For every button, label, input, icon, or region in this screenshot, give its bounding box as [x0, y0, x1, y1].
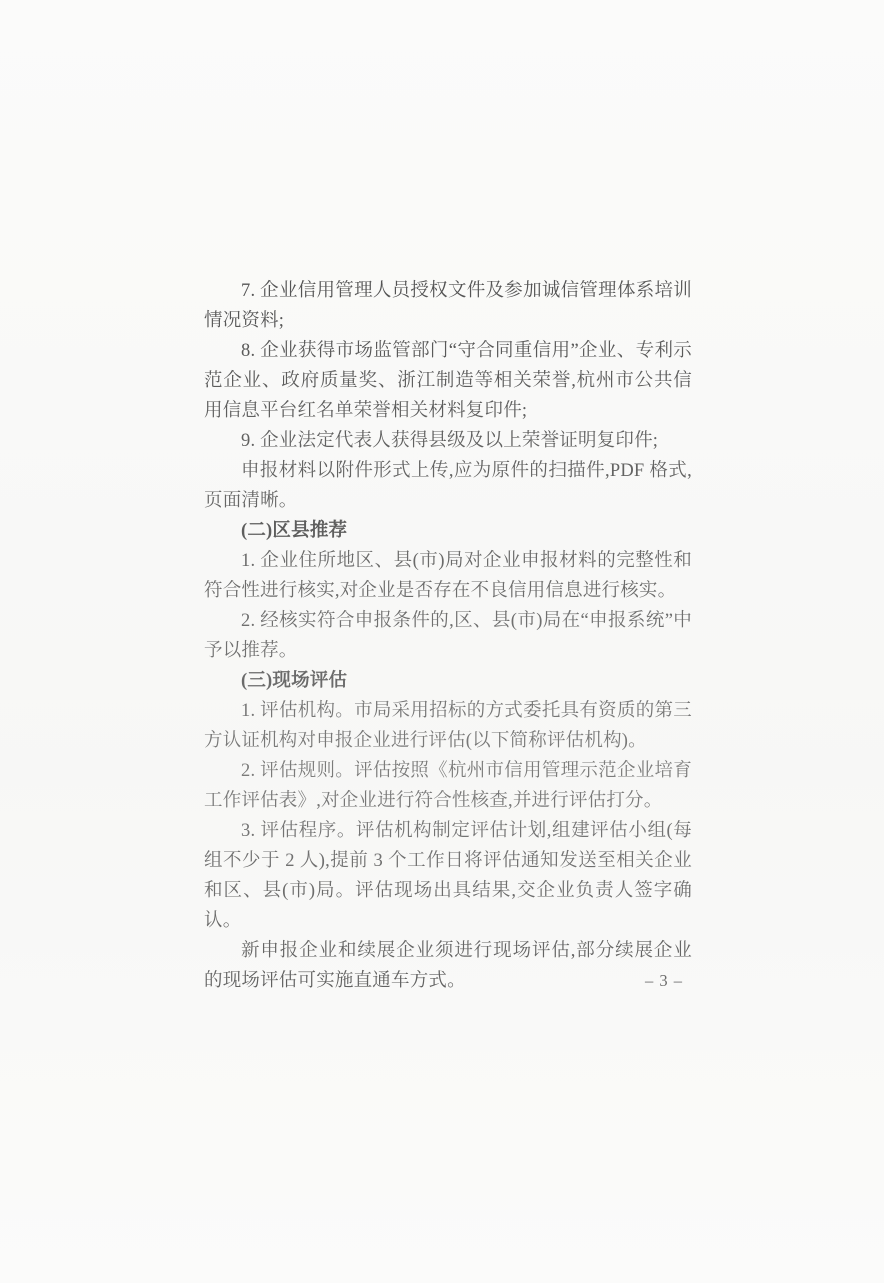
document-page: 7. 企业信用管理人员授权文件及参加诚信管理体系培训情况资料; 8. 企业获得市…: [0, 0, 884, 1283]
paragraph-item-8: 8. 企业获得市场监管部门“守合同重信用”企业、专利示范企业、政府质量奖、浙江制…: [204, 336, 692, 426]
section-heading-onsite-assessment: (三)现场评估: [204, 666, 692, 696]
paragraph-assessment-rule: 2. 评估规则。评估按照《杭州市信用管理示范企业培育工作评估表》,对企业进行符合…: [204, 756, 692, 816]
page-number: – 3 –: [645, 970, 683, 992]
paragraph-assessment-procedure: 3. 评估程序。评估机构制定评估计划,组建评估小组(每组不少于 2 人),提前 …: [204, 816, 692, 936]
paragraph-item-9: 9. 企业法定代表人获得县级及以上荣誉证明复印件;: [204, 426, 692, 456]
paragraph-upload-note: 申报材料以附件形式上传,应为原件的扫描件,PDF 格式,页面清晰。: [204, 456, 692, 516]
paragraph-item-7: 7. 企业信用管理人员授权文件及参加诚信管理体系培训情况资料;: [204, 276, 692, 336]
paragraph-renewal-note: 新申报企业和续展企业须进行现场评估,部分续展企业的现场评估可实施直通车方式。: [204, 936, 692, 996]
paragraph-assessment-org: 1. 评估机构。市局采用招标的方式委托具有资质的第三方认证机构对申报企业进行评估…: [204, 696, 692, 756]
document-text-block: 7. 企业信用管理人员授权文件及参加诚信管理体系培训情况资料; 8. 企业获得市…: [204, 276, 692, 996]
paragraph-district-1: 1. 企业住所地区、县(市)局对企业申报材料的完整性和符合性进行核实,对企业是否…: [204, 546, 692, 606]
paragraph-district-2: 2. 经核实符合申报条件的,区、县(市)局在“申报系统”中予以推荐。: [204, 606, 692, 666]
section-heading-district-recommendation: (二)区县推荐: [204, 516, 692, 546]
